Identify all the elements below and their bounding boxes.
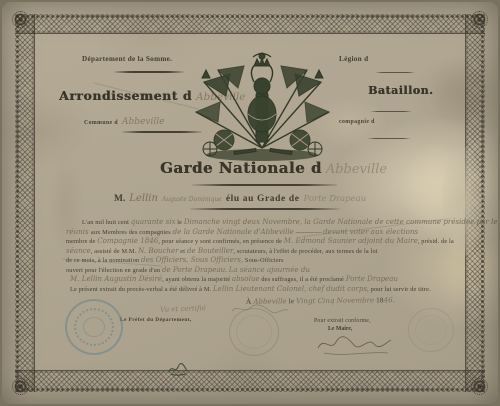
text-segment: quarante six (131, 217, 176, 226)
prefecture-ink-stamp (65, 299, 123, 355)
text-segment: N. Boucher (138, 246, 178, 255)
secondary-signature (230, 302, 290, 316)
maire-signature (314, 332, 394, 358)
monsieur-label: M. (114, 194, 125, 204)
pour-extrait-conforme: Pour extrait conforme, (314, 318, 371, 324)
aged-paper: Département de la Somme. Arrondissement … (2, 2, 498, 404)
text-segment: absolue (232, 274, 260, 283)
text-segment: devant voter aux élections (323, 227, 418, 236)
garde-nationale-value: Abbeville (326, 162, 387, 177)
vu-et-certifie: Vu et certifié (160, 304, 206, 314)
inventory-scribble (167, 362, 189, 376)
text-segment: la Garde Nationale de cette commune prés… (302, 217, 500, 226)
bataillon-label: Bataillon. (368, 84, 433, 97)
garde-nationale-title: Garde Nationale d (160, 159, 322, 177)
text-segment: L'an mil huit cent (82, 219, 131, 226)
text-segment: Lieutenant Colonel, chef dudit corps (233, 284, 367, 293)
elu-au-grade-label: élu au Grade de (226, 194, 300, 204)
text-segment: , assisté de M.M. (91, 248, 138, 255)
commune-label: Commune d (84, 120, 118, 126)
body-line: M. Lellin Augustin Désiré, ayant obtenu … (70, 274, 398, 284)
blank-line (370, 111, 412, 112)
text-segment: Lellin (213, 284, 233, 293)
text-segment: Sous-Officiers (243, 257, 283, 264)
blank-line (375, 72, 415, 73)
text-segment: réunis (66, 227, 91, 236)
text-segment: de Porte Drapeau (162, 265, 225, 274)
compagnie-label: compagnie d (339, 119, 375, 125)
body-line: membre de Compagnie 1846, pour séance y … (66, 236, 454, 246)
prefet-label: Le Préfet du Département, (120, 317, 192, 323)
text-segment: de Bouteiller (187, 246, 234, 255)
flourish-rule (114, 71, 184, 73)
corner-rosette-icon (471, 11, 488, 28)
ornate-border-bottom (15, 370, 485, 392)
ornate-border-right (465, 14, 485, 392)
text-segment: M. Edmond Saunier adjoint du Maire (284, 236, 418, 245)
ornate-border-top (15, 14, 485, 34)
elected-name-detail: Auguste Dominique (162, 196, 222, 203)
corner-rosette-icon (12, 11, 29, 28)
body-line: de ce mois, à la nomination des Officier… (66, 255, 284, 265)
text-segment: séance (66, 246, 91, 255)
grade-value: Porte Drapeau (304, 194, 367, 204)
text-segment: Abbeville (260, 227, 293, 236)
body-line: réunis aux Membres des compagnies de la … (66, 227, 418, 237)
text-segment: et (179, 248, 187, 255)
text-segment: le (176, 219, 184, 226)
text-segment: Vingt Cinq Novembre (296, 295, 374, 305)
faded-round-stamp (408, 308, 454, 352)
text-segment: Compagnie 1846 (97, 236, 158, 245)
text-segment: , pour lui servir de titre. (367, 286, 431, 293)
trophy-of-arms-emblem (190, 52, 335, 165)
body-line: séance, assisté de M.M. N. Boucher et de… (66, 246, 378, 256)
text-segment: , ayant obtenu la majorité (162, 276, 232, 283)
swelled-rule (190, 208, 340, 210)
text-segment: des Officiers, Sous Officiers, (141, 255, 243, 264)
body-line: Le présent extrait du procès-verbal a ét… (70, 284, 431, 294)
arrondissement-label: Arrondissement d (59, 88, 192, 103)
text-segment: aux Membres des compagnies (91, 229, 173, 236)
blank-line (367, 138, 411, 139)
commune-value: Abbeville (122, 117, 164, 127)
text-segment: , présid. de la (418, 238, 454, 245)
corner-rosette-icon (471, 378, 488, 395)
scanned-document-photo: Département de la Somme. Arrondissement … (0, 0, 500, 406)
text-segment: , scrutateurs, à l'effet de procéder, au… (233, 248, 377, 255)
text-segment: des suffrages, il a été proclamé (260, 276, 346, 283)
text-segment: 46. (384, 295, 395, 304)
departement-label: Département de la Somme. (82, 55, 172, 63)
text-segment: ouvert pour l'élection en grade d'un (66, 267, 162, 274)
text-segment: M. Lellin Augustin Désiré (70, 274, 162, 283)
body-line: L'an mil huit cent quarante six le Diman… (82, 217, 500, 227)
elected-name: Lellin (129, 193, 158, 204)
body-line: ouvert pour l'élection en grade d'un de … (66, 265, 310, 275)
ornate-border-left (15, 14, 35, 392)
corner-rosette-icon (12, 378, 29, 395)
text-segment: de ce mois, à la nomination (66, 257, 141, 264)
text-segment: membre de (66, 238, 97, 245)
text-segment: ———— (294, 229, 323, 236)
swelled-rule (192, 184, 337, 186)
text-segment: 18 (374, 296, 384, 304)
text-segment: Porte Drapeau (346, 274, 398, 283)
text-segment: Dimanche vingt deux Novembre, (184, 217, 302, 226)
text-segment: de la Garde Nationale d' (173, 227, 261, 236)
text-segment: , pour séance y sont confirmés, en prése… (158, 238, 283, 245)
text-segment: Le présent extrait du procès-verbal a ét… (70, 286, 213, 293)
text-segment: La séance ajournée du (229, 265, 310, 274)
legion-label: Légion d (339, 55, 368, 63)
